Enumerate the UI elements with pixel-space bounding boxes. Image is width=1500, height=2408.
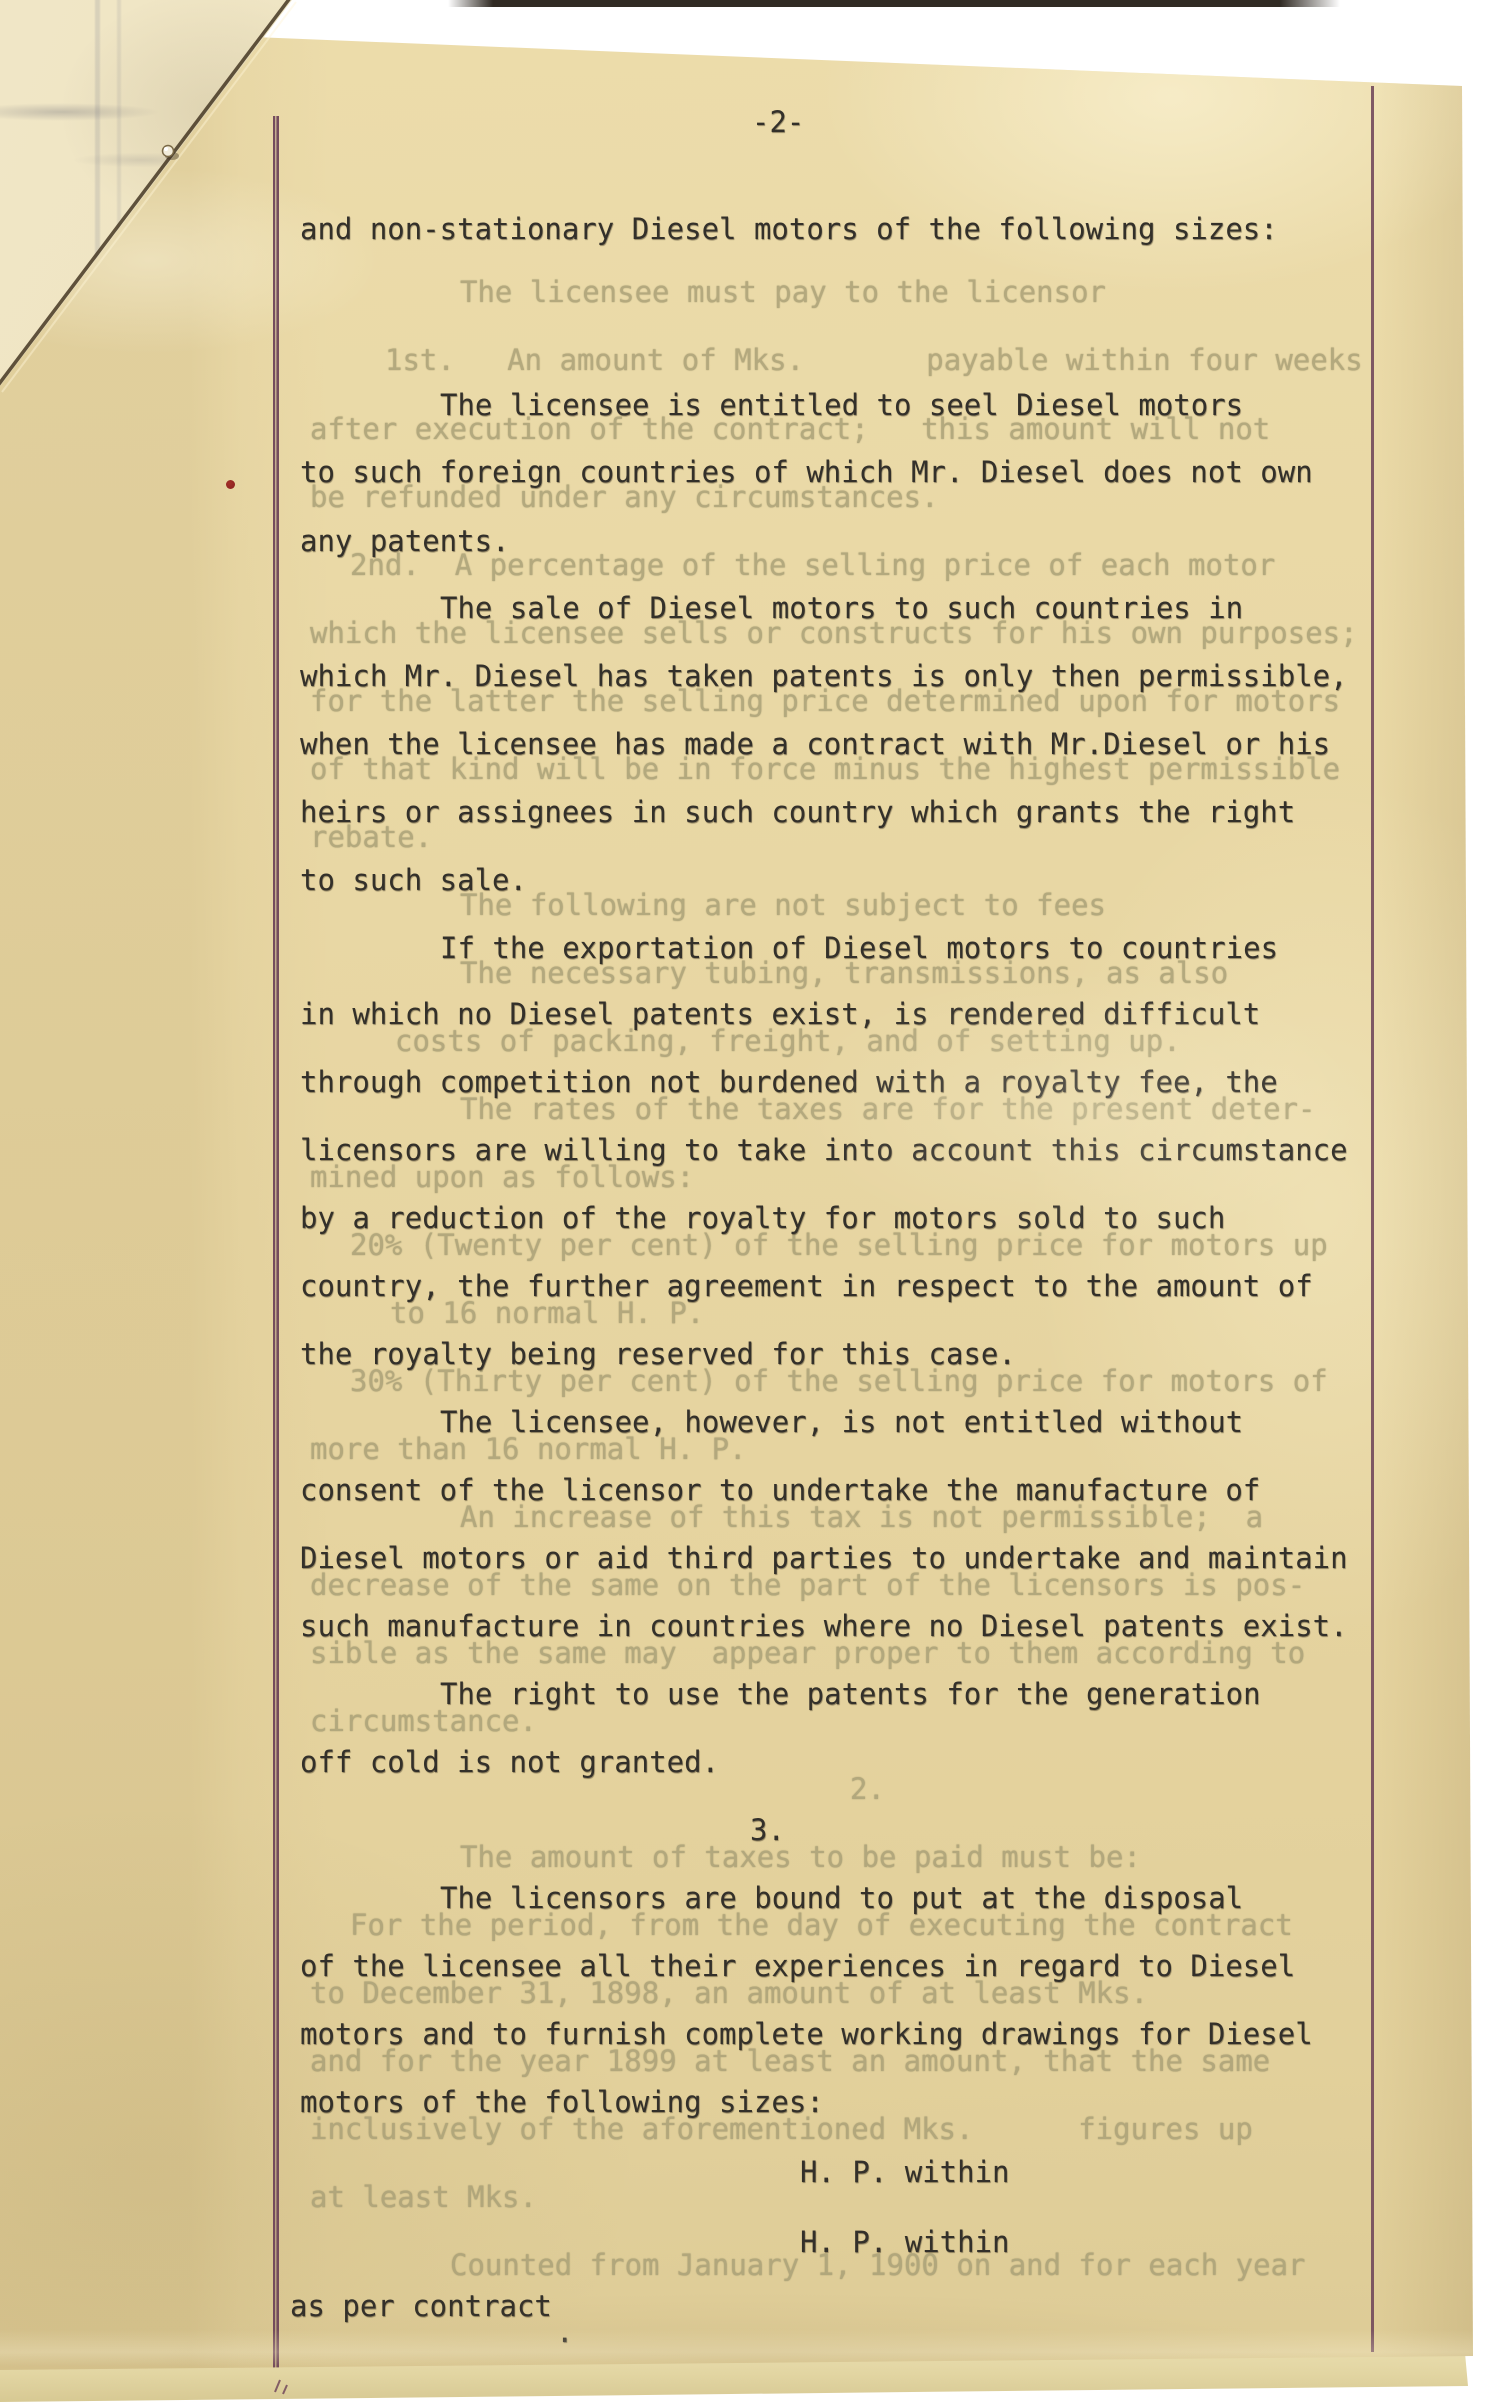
typed-text-line: which Mr. Diesel has taken patents is on… [300, 662, 1348, 691]
scanned-document: -2- The licensee must pay to the licenso… [0, 0, 1500, 2408]
ghost-text-line: sible as the same may appear proper to t… [310, 1639, 1305, 1668]
typed-text-line: The licensee, however, is not entitled w… [440, 1408, 1243, 1437]
typed-text-line: Diesel motors or aid third parties to un… [300, 1544, 1348, 1573]
ghost-text-line: mined upon as follows: [310, 1163, 694, 1192]
ghost-text-line: decrease of the same on the part of the … [310, 1571, 1305, 1600]
ghost-text-line: An increase of this tax is not permissib… [460, 1503, 1263, 1532]
typed-text-line: of the licensee all their experiences in… [300, 1952, 1295, 1981]
ghost-text-line: The rates of the taxes are for the prese… [460, 1095, 1316, 1124]
typed-text-line: . [556, 2318, 573, 2347]
typed-text-line: H. P. within [800, 2158, 1010, 2187]
page-stack-edge-top [448, 0, 1340, 7]
typed-text-line: the royalty being reserved for this case… [300, 1340, 1016, 1369]
ghost-text-line: at least Mks. [310, 2183, 537, 2212]
typed-text-line: any patents. [300, 527, 510, 556]
typed-text-line: to such foreign countries of which Mr. D… [300, 458, 1313, 487]
ghost-text-line: The amount of taxes to be paid must be: [460, 1843, 1141, 1872]
ghost-text-line: inclusively of the aforementioned Mks. f… [310, 2115, 1253, 2144]
ghost-text-line: The following are not subject to fees [460, 891, 1106, 920]
typed-text-line: through competition not burdened with a … [300, 1068, 1278, 1097]
ghost-text-line: costs of packing, freight, and of settin… [395, 1027, 1181, 1056]
ghost-text-line: circumstance. [310, 1707, 537, 1736]
typed-text-line: motors of the following sizes: [300, 2088, 824, 2117]
ink-dot [226, 480, 235, 489]
typed-text-line: The licensee is entitled to seel Diesel … [440, 391, 1243, 420]
ghost-text-line: to 16 normal H. P. [390, 1299, 704, 1328]
typed-text-line: by a reduction of the royalty for motors… [300, 1204, 1225, 1233]
typed-text-line: and non-stationary Diesel motors of the … [300, 215, 1278, 244]
page-number: -2- [752, 108, 804, 137]
typed-text-line: licensors are willing to take into accou… [300, 1136, 1348, 1165]
ghost-text-line: to December 31, 1898, an amount of at le… [310, 1979, 1148, 2008]
typed-text-line: H. P. within [800, 2228, 1010, 2257]
ghost-text-line: For the period, from the day of executin… [350, 1911, 1293, 1940]
document-page: -2- The licensee must pay to the licenso… [0, 0, 1500, 2408]
ghost-text-line: 1st. An amount of Mks. payable within fo… [385, 346, 1363, 375]
ghost-text-line: The licensee must pay to the licensor [460, 278, 1106, 307]
left-margin-rule [273, 116, 279, 2394]
typed-text-line: such manufacture in countries where no D… [300, 1612, 1348, 1641]
typed-text-line: in which no Diesel patents exist, is ren… [300, 1000, 1260, 1029]
typed-text-line: The licensors are bound to put at the di… [440, 1884, 1243, 1913]
ghost-text-line: more than 16 normal H. P. [310, 1435, 747, 1464]
typed-text-line: off cold is not granted. [300, 1748, 719, 1777]
typed-text-line: to such sale. [300, 866, 527, 895]
ghost-text-line: 20% (Twenty per cent) of the selling pri… [350, 1231, 1328, 1260]
typed-text-line: country, the further agreement in respec… [300, 1272, 1313, 1301]
typed-text-line: If the exportation of Diesel motors to c… [440, 934, 1278, 963]
typed-text-line: consent of the licensor to undertake the… [300, 1476, 1260, 1505]
typed-text-line: 3. [750, 1816, 785, 1845]
typed-text-line: The sale of Diesel motors to such countr… [440, 594, 1243, 623]
ghost-text-line: 2. [850, 1775, 885, 1804]
typed-text-line: as per contract [290, 2292, 552, 2321]
right-margin-rule [1371, 86, 1374, 2352]
typed-text-line: when the licensee has made a contract wi… [300, 730, 1330, 759]
ghost-text-line: and for the year 1899 at least an amount… [310, 2047, 1270, 2076]
typed-text-line: motors and to furnish complete working d… [300, 2020, 1313, 2049]
typed-text-line: The right to use the patents for the gen… [440, 1680, 1261, 1709]
ghost-text-line: 30% (Thirty per cent) of the selling pri… [350, 1367, 1328, 1396]
typed-text-line: heirs or assignees in such country which… [300, 798, 1295, 827]
